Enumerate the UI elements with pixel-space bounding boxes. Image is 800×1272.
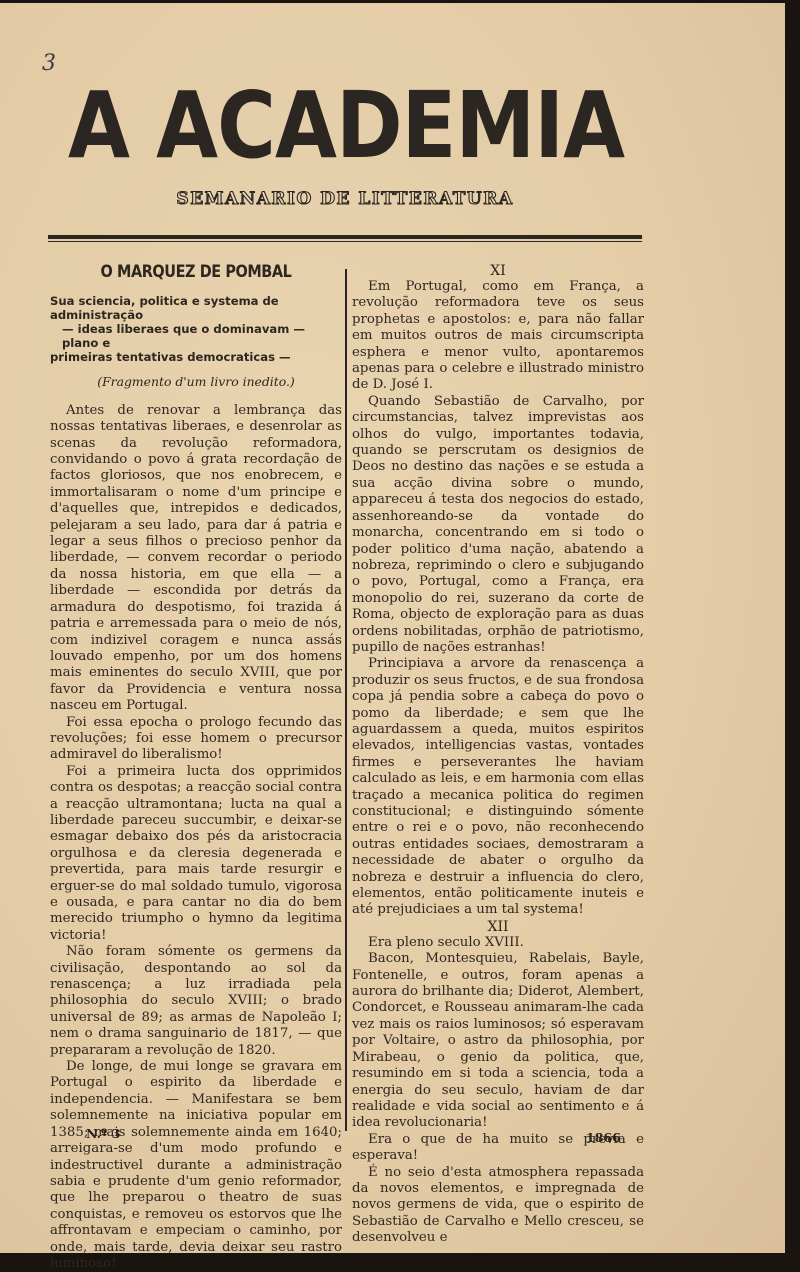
paragraph: É no seio d'esta atmosphera repassada da… (352, 1165, 644, 1247)
article-subtitle: Sua sciencia, politica e systema de admi… (50, 294, 342, 364)
article-title: O MARQUEZ DE POMBAL (72, 264, 320, 280)
newspaper-page: 3 A ACADEMIA SEMANARIO DE LITTERATURA O … (0, 3, 785, 1253)
paragraph: Bacon, Montesquieu, Rabelais, Bayle, Fon… (352, 951, 644, 1131)
paragraph: Quando Sebastião de Carvalho, por circum… (352, 394, 644, 657)
paragraph: Foi a primeira lucta dos opprimidos cont… (50, 764, 342, 944)
article-subtitle-line: — ideas liberaes que o dominavam — plano… (50, 322, 342, 350)
paragraph: Antes de renovar a lembrança das nossas … (50, 403, 342, 715)
article-note: (Fragmento d'um livro inedito.) (50, 374, 342, 390)
paragraph: Em Portugal, como em França, a revolução… (352, 279, 644, 394)
right-column: XI Em Portugal, como em França, a revolu… (352, 263, 644, 1247)
section-number: XII (352, 919, 644, 935)
publication-year: 1866 (586, 1130, 621, 1145)
column-divider (345, 269, 347, 1131)
handwritten-page-number: 3 (42, 51, 56, 76)
paragraph: De longe, de mui longe se gravara em Por… (50, 1059, 342, 1259)
masthead-rule-thick (48, 235, 642, 239)
article-subtitle-line: Sua sciencia, politica e systema de admi… (50, 294, 342, 322)
issue-number: N.º 3 (86, 1126, 120, 1141)
paragraph: Era pleno seculo XVIII. (352, 935, 644, 951)
paragraph: Principiava a arvore da renascença a pro… (352, 656, 644, 919)
paragraph: Foi essa epocha o prologo fecundo das re… (50, 715, 342, 764)
masthead-title: A ACADEMIA (68, 86, 555, 166)
masthead-subtitle: SEMANARIO DE LITTERATURA (80, 189, 610, 209)
paragraph: Não foram sómente os germens da civilisa… (50, 944, 342, 1059)
left-column: O MARQUEZ DE POMBAL Sua sciencia, politi… (50, 258, 342, 1259)
article-subtitle-line: primeiras tentativas democraticas — (50, 350, 342, 364)
masthead-rule-thin (48, 241, 642, 242)
section-number: XI (352, 263, 644, 279)
